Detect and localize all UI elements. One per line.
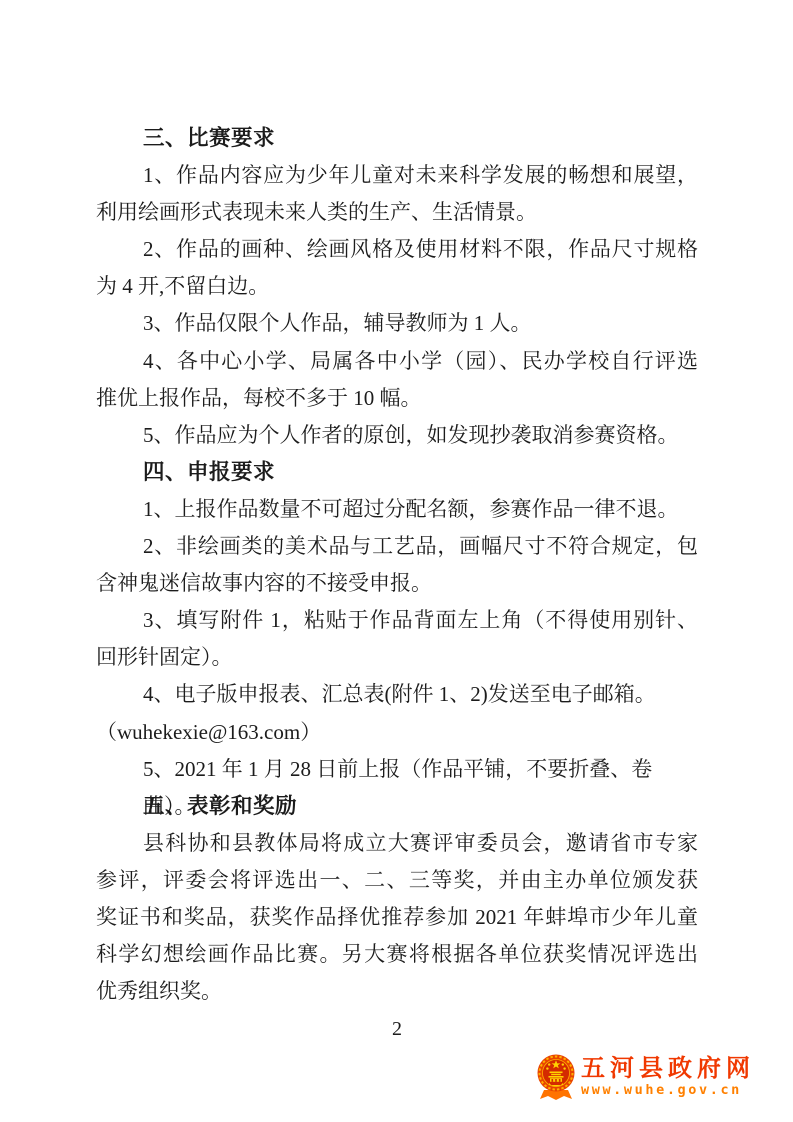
document-body: 三、比赛要求1、作品内容应为少年儿童对未来科学发展的畅想和展望，利用绘画形式表现… [96,120,698,1010]
document-page: 三、比赛要求1、作品内容应为少年儿童对未来科学发展的畅想和展望，利用绘画形式表现… [0,0,793,1122]
text-line: 推优上报作品，每校不多于 10 幅。 [96,380,698,417]
page-number: 2 [96,1018,698,1041]
china-national-emblem-icon [536,1052,576,1102]
text-line: 3、填写附件 1，粘贴于作品背面左上角（不得使用别针、 [96,602,698,639]
text-line: 科学幻想绘画作品比赛。另大赛将根据各单位获奖情况评选出 [96,936,698,973]
site-watermark: 五河县政府网 www.wuhe.gov.cn [536,1052,755,1102]
text-line: 参评，评委会将评选出一、二、三等奖，并由主办单位颁发获 [96,862,698,899]
section-heading: 五、表彰和奖励 [96,788,698,825]
site-name: 五河县政府网 [581,1056,755,1082]
text-line: 5、作品应为个人作者的原创，如发现抄袭取消参赛资格。 [96,417,698,454]
text-line: 利用绘画形式表现未来人类的生产、生活情景。 [96,194,698,231]
text-line: 4、电子版申报表、汇总表(附件 1、2)发送至电子邮箱。 [96,676,698,713]
text-line: 2、作品的画种、绘画风格及使用材料不限，作品尺寸规格 [96,231,698,268]
site-url: www.wuhe.gov.cn [581,1082,755,1098]
text-line: 2、非绘画类的美术品与工艺品，画幅尺寸不符合规定，包 [96,528,698,565]
text-line: （wuhekexie@163.com） [96,714,698,751]
text-line: 4、各中心小学、局属各中小学（园）、民办学校自行评选 [96,343,698,380]
text-line: 1、上报作品数量不可超过分配名额，参赛作品一律不退。 [96,491,698,528]
text-line: 3、作品仅限个人作品，辅导教师为 1 人。 [96,305,698,342]
section-heading: 三、比赛要求 [96,120,698,157]
section-heading: 四、申报要求 [96,454,698,491]
text-line: 1、作品内容应为少年儿童对未来科学发展的畅想和展望， [96,157,698,194]
text-line: 县科协和县教体局将成立大赛评审委员会，邀请省市专家 [96,825,698,862]
site-watermark-text: 五河县政府网 www.wuhe.gov.cn [581,1052,755,1098]
text-line: 回形针固定）。 [96,639,698,676]
text-line: 为 4 开,不留白边。 [96,268,698,305]
text-line: 优秀组织奖。 [96,973,698,1010]
text-line: 奖证书和奖品，获奖作品择优推荐参加 2021 年蚌埠市少年儿童 [96,899,698,936]
text-line: 含神鬼迷信故事内容的不接受申报。 [96,565,698,602]
text-line: 5、2021 年 1 月 28 日前上报（作品平铺，不要折叠、卷曲）。 [96,751,698,788]
